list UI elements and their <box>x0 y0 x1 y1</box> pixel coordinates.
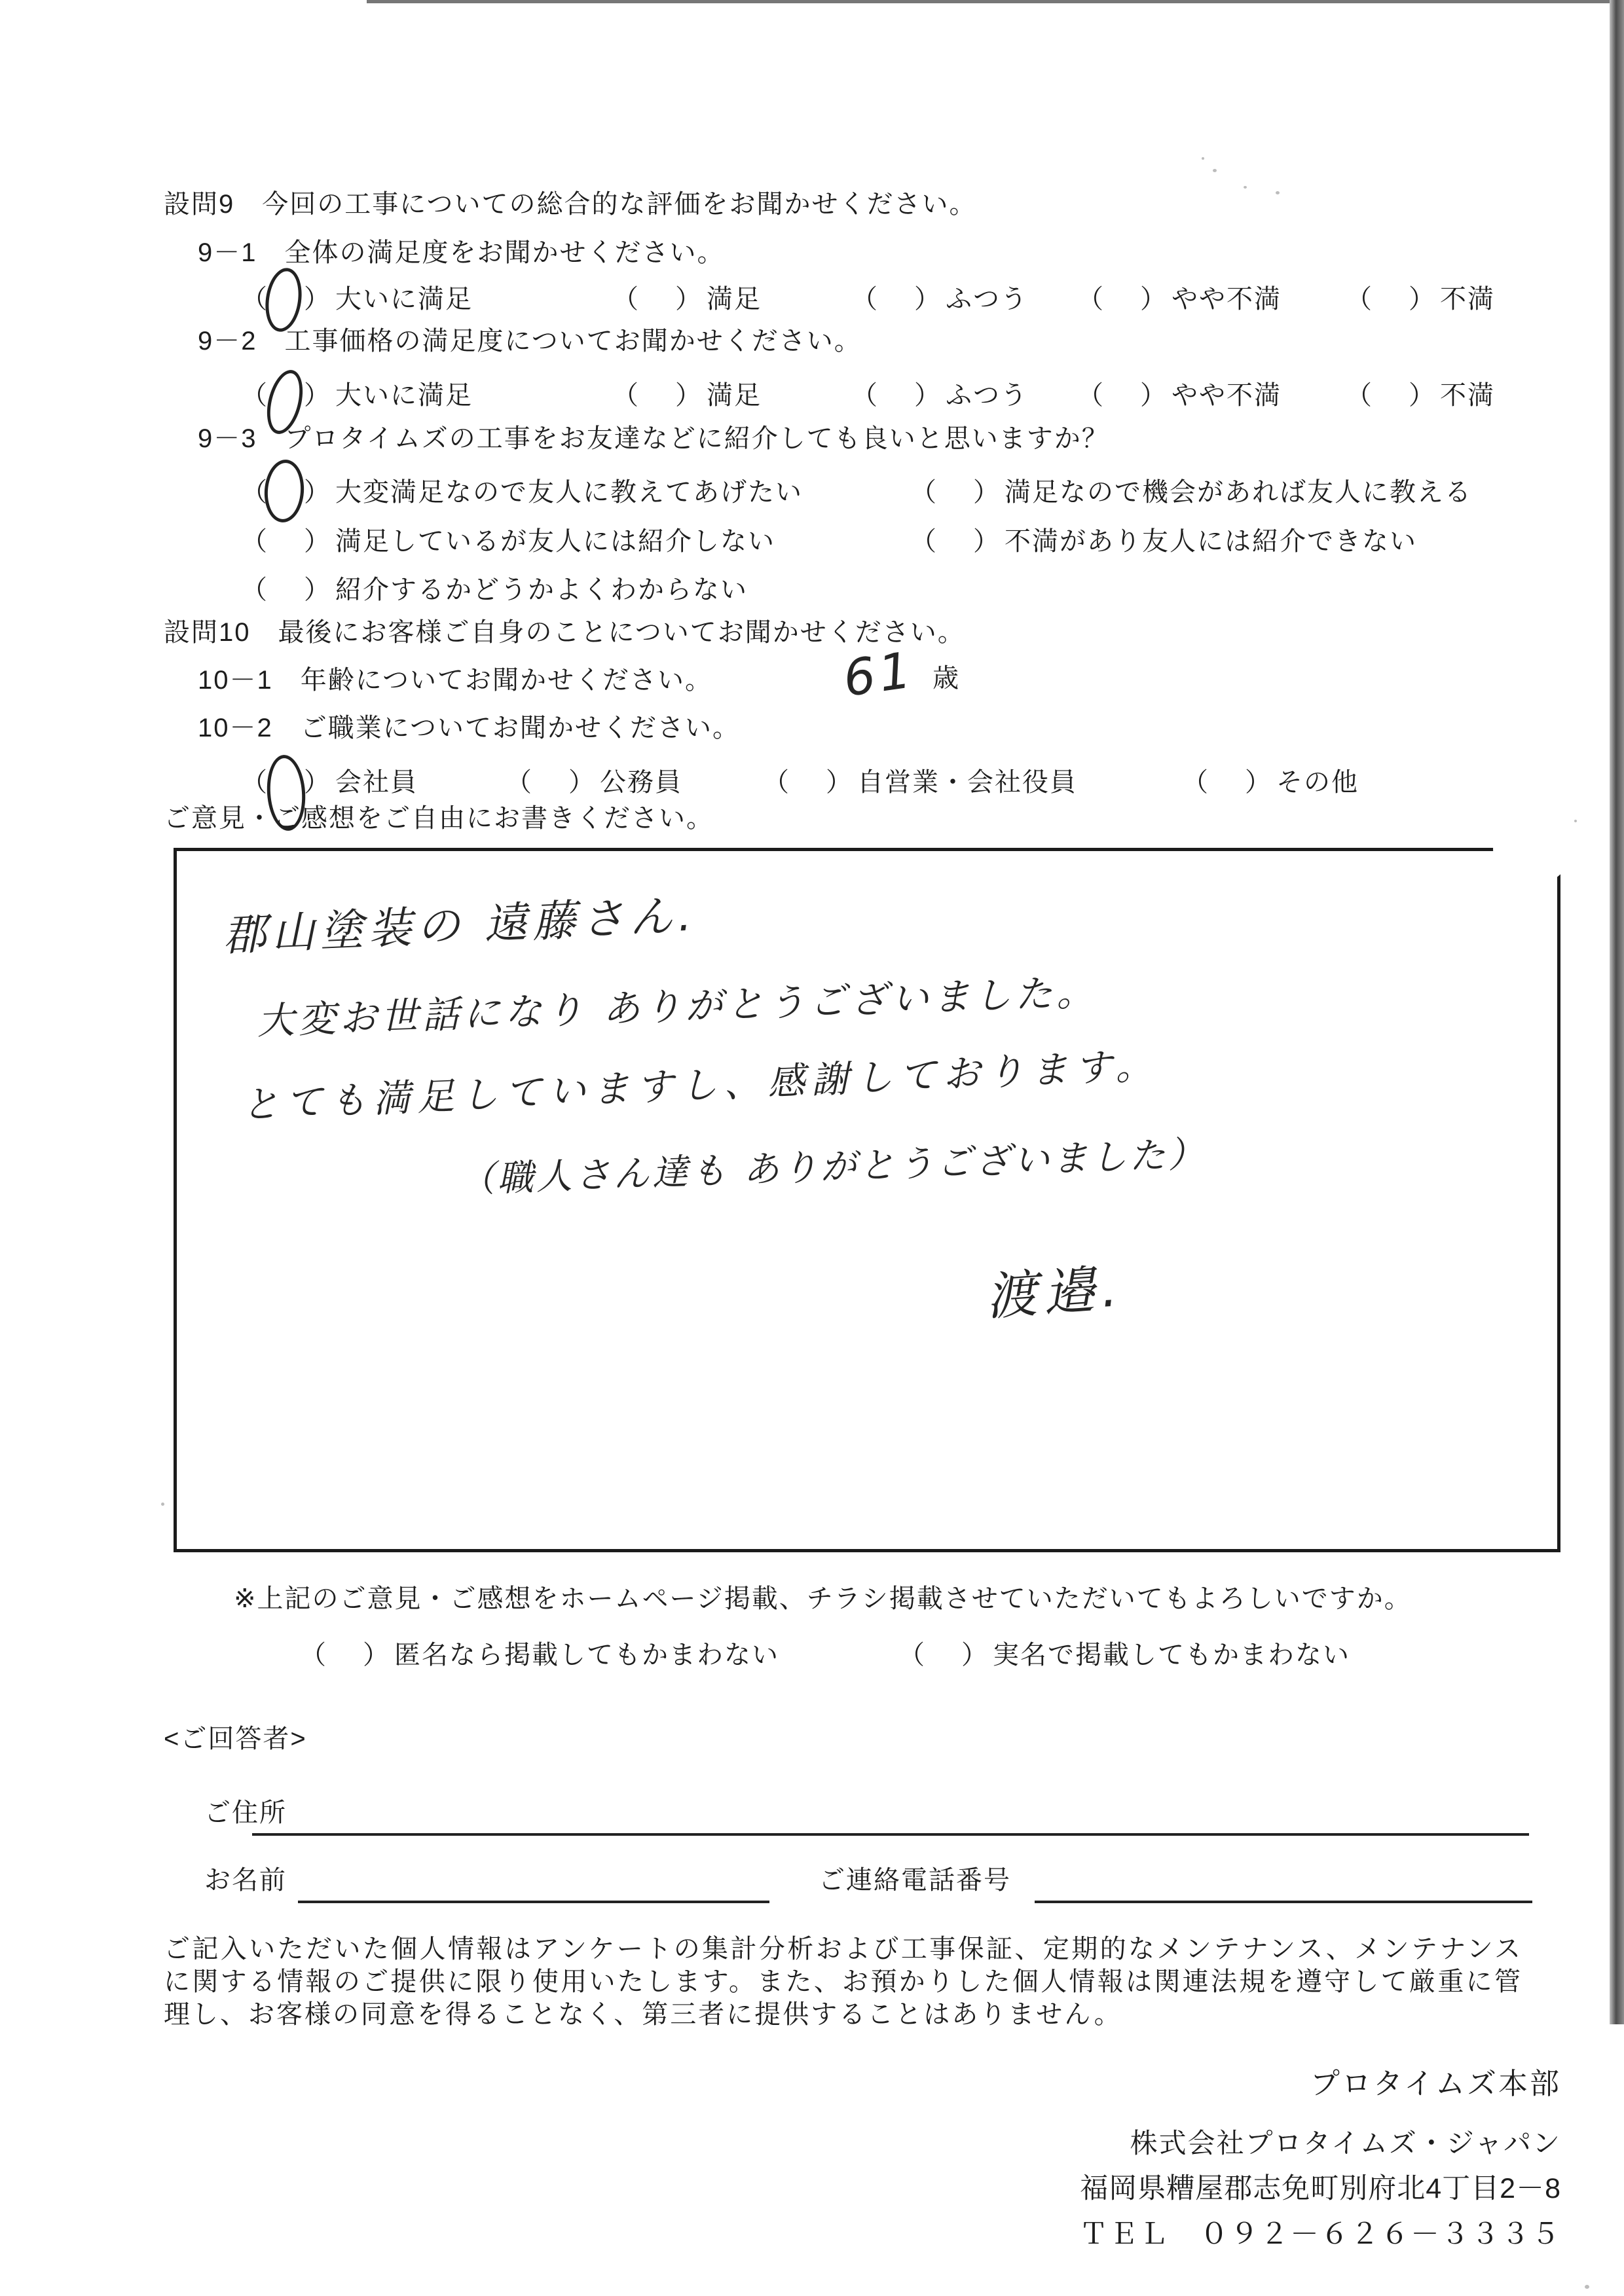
paren-open-glyph: （ <box>1182 761 1209 799</box>
question-9-3-heading: 9－3プロタイムズの工事をお友達などに紹介しても良いと思いますか？ <box>198 423 1109 454</box>
answer-slot <box>268 569 304 600</box>
handwritten-circle-mark <box>263 458 306 524</box>
paren-close-glyph: ） <box>973 471 1001 509</box>
question-10-1-heading: 10－1年齢についてお聞かせください。 <box>198 665 712 696</box>
question-10-2-number: 10－2 <box>198 712 273 744</box>
answer-slot <box>879 374 914 406</box>
option-label: 実名で掲載してもかまわない <box>993 1634 1350 1671</box>
q9-3-option-not-sure: （ ） 紹介するかどうかよくわからない <box>241 569 748 606</box>
question-10-2-title: ご職業についてお聞かせください。 <box>301 714 740 742</box>
paren-close-glyph: ） <box>304 761 331 799</box>
question-9-3-title: プロタイムズの工事をお友達などに紹介しても良いと思いますか？ <box>285 424 1109 453</box>
answer-slot <box>268 278 304 310</box>
answer-slot <box>938 520 973 552</box>
scan-speck <box>161 1503 164 1506</box>
question-9-number: 設問9 <box>164 189 234 220</box>
question-9-1-number: 9－1 <box>198 237 257 268</box>
respondent-heading: <ご回答者> <box>164 1723 307 1755</box>
question-9-1-title: 全体の満足度をお聞かせください。 <box>285 238 725 267</box>
q9-1-option-dissatisfied: （ ） 不満 <box>1346 278 1495 316</box>
q10-2-option-public-servant: （ ） 公務員 <box>506 761 682 799</box>
handwritten-age-value: 61 <box>840 640 918 708</box>
answer-slot <box>268 761 304 793</box>
publish-consent-note: ※上記のご意見・ご感想をホームページ掲載、チラシ掲載させていただいてもよろしいで… <box>234 1583 1412 1614</box>
option-label: 大いに満足 <box>335 278 473 316</box>
question-10-number: 設問10 <box>164 617 251 648</box>
publish-option-real-name: （ ） 実名で掲載してもかまわない <box>898 1634 1350 1671</box>
answer-slot <box>268 374 304 406</box>
phone-field-line <box>1035 1901 1532 1903</box>
answer-slot <box>1373 278 1409 310</box>
paren-open-glyph: （ <box>1346 278 1373 316</box>
answer-slot <box>327 1634 363 1666</box>
paren-close-glyph: ） <box>304 278 331 316</box>
answer-slot <box>1209 761 1245 793</box>
scan-speck <box>1585 2285 1589 2289</box>
q9-2-option-satisfied: （ ） 満足 <box>612 374 762 412</box>
paren-close-glyph: ） <box>568 761 596 799</box>
q9-2-option-slightly-dissatisfied: （ ） やや不満 <box>1077 374 1282 412</box>
question-10-1-title: 年齢についてお聞かせください。 <box>301 666 712 695</box>
paren-close-glyph: ） <box>304 374 331 412</box>
paren-open-glyph: （ <box>241 374 268 412</box>
paren-close-glyph: ） <box>1409 278 1436 316</box>
answer-slot <box>1105 374 1140 406</box>
paren-close-glyph: ） <box>826 761 853 799</box>
question-10-1-number: 10－1 <box>198 665 273 696</box>
question-9-1-heading: 9－1全体の満足度をお聞かせください。 <box>198 237 725 268</box>
paren-open-glyph: （ <box>1346 374 1373 412</box>
q9-2-option-very-satisfied: （ ） 大いに満足 <box>241 374 473 412</box>
question-10-title: 最後にお客様ご自身のことについてお聞かせください。 <box>278 618 965 647</box>
paren-open-glyph: （ <box>241 278 268 316</box>
q9-3-option-satisfied-no-referral: （ ） 満足しているが友人には紹介しない <box>241 520 775 558</box>
paren-close-glyph: ） <box>961 1634 989 1671</box>
q9-1-option-normal: （ ） ふつう <box>851 278 1028 316</box>
scanned-survey-page: 設問9今回の工事についての総合的な評価をお聞かせください。 9－1全体の満足度を… <box>0 0 1624 2296</box>
footer-phone: ＴＥＬ ０９２－６２６－３３３５ <box>1079 2210 1561 2252</box>
phone-label: ご連絡電話番号 <box>819 1865 1011 1896</box>
paren-close-glyph: ） <box>1245 761 1272 799</box>
paren-close-glyph: ） <box>363 1634 390 1671</box>
paren-close-glyph: ） <box>973 520 1001 558</box>
q9-1-option-slightly-dissatisfied: （ ） やや不満 <box>1077 278 1282 316</box>
paren-close-glyph: ） <box>1140 374 1168 412</box>
option-label: 満足しているが友人には紹介しない <box>335 520 775 558</box>
option-label: 満足 <box>707 278 762 316</box>
question-10-heading: 設問10最後にお客様ご自身のことについてお聞かせください。 <box>164 617 965 648</box>
option-label: 公務員 <box>600 761 682 799</box>
option-label: 大いに満足 <box>335 374 473 412</box>
handwritten-signature: 渡邉. <box>983 1247 1126 1330</box>
address-field-line <box>252 1833 1529 1836</box>
paren-open-glyph: （ <box>241 520 268 558</box>
name-label: お名前 <box>204 1865 287 1896</box>
scan-speck <box>1244 186 1247 189</box>
age-unit-label: 歳 <box>932 663 960 694</box>
scan-edge-right <box>1610 0 1624 2024</box>
paren-open-glyph: （ <box>506 761 533 799</box>
handwritten-circle-mark <box>261 266 305 335</box>
answer-slot <box>268 520 304 552</box>
publish-option-anonymous: （ ） 匿名なら掲載してもかまわない <box>300 1634 779 1671</box>
q10-2-option-company-employee: （ ） 会社員 <box>241 761 418 799</box>
footer-company-block: プロタイムズ本部 株式会社プロタイムズ・ジャパン 福岡県糟屋郡志免町別府北4丁目… <box>1079 2060 1561 2252</box>
paren-open-glyph: （ <box>1077 278 1105 316</box>
paren-open-glyph: （ <box>300 1634 327 1671</box>
paren-open-glyph: （ <box>241 569 268 606</box>
option-label: 不満 <box>1440 374 1495 412</box>
answer-slot <box>640 278 675 310</box>
address-label: ご住所 <box>204 1797 287 1829</box>
footer-org: プロタイムズ本部 <box>1310 2060 1561 2102</box>
option-label: やや不満 <box>1172 278 1282 316</box>
scan-speck <box>1276 191 1280 194</box>
paren-close-glyph: ） <box>1409 374 1436 412</box>
q10-2-option-self-employed: （ ） 自営業・会社役員 <box>763 761 1077 799</box>
paren-open-glyph: （ <box>898 1634 926 1671</box>
q9-3-option-dissatisfied-no-referral: （ ） 不満があり友人には紹介できない <box>910 520 1417 558</box>
option-label: ふつう <box>946 278 1028 316</box>
option-label: やや不満 <box>1172 374 1282 412</box>
comments-section-label: ご意見・ご感想をご自由にお書きください。 <box>164 803 714 834</box>
paren-open-glyph: （ <box>763 761 790 799</box>
paren-close-glyph: ） <box>914 374 942 412</box>
privacy-statement: ご記入いただいた個人情報はアンケートの集計分析および工事保証、定期的なメンテナン… <box>164 1933 1522 2031</box>
q9-1-option-satisfied: （ ） 満足 <box>612 278 762 316</box>
paren-open-glyph: （ <box>1077 374 1105 412</box>
option-label: 不満があり友人には紹介できない <box>1005 520 1417 558</box>
paren-close-glyph: ） <box>304 520 331 558</box>
answer-slot <box>938 471 973 503</box>
footer-company-name: 株式会社プロタイムズ・ジャパン <box>1130 2122 1561 2161</box>
paren-open-glyph: （ <box>851 278 879 316</box>
q10-2-option-other: （ ） その他 <box>1182 761 1359 799</box>
paren-open-glyph: （ <box>910 471 938 509</box>
name-field-line <box>298 1901 769 1903</box>
q9-2-option-dissatisfied: （ ） 不満 <box>1346 374 1495 412</box>
question-9-heading: 設問9今回の工事についての総合的な評価をお聞かせください。 <box>164 189 976 220</box>
q9-3-option-recommend-if-chance: （ ） 満足なので機会があれば友人に教える <box>910 471 1472 509</box>
option-label: 不満 <box>1440 278 1495 316</box>
option-label: 匿名なら掲載してもかまわない <box>394 1634 779 1671</box>
option-label: 満足なので機会があれば友人に教える <box>1005 471 1472 509</box>
footer-address: 福岡県糟屋郡志免町別府北4丁目2－8 <box>1080 2166 1561 2206</box>
question-9-3-number: 9－3 <box>198 423 257 454</box>
scan-speck <box>1213 169 1217 172</box>
answer-slot <box>879 278 914 310</box>
paren-open-glyph: （ <box>241 761 268 799</box>
option-label: 紹介するかどうかよくわからない <box>335 569 748 606</box>
q9-1-option-very-satisfied: （ ） 大いに満足 <box>241 278 473 316</box>
paren-close-glyph: ） <box>304 569 331 606</box>
paren-close-glyph: ） <box>914 278 942 316</box>
answer-slot <box>533 761 568 793</box>
paren-close-glyph: ） <box>1140 278 1168 316</box>
answer-slot <box>640 374 675 406</box>
answer-slot <box>926 1634 961 1666</box>
option-label: ふつう <box>946 374 1028 412</box>
paren-open-glyph: （ <box>612 374 640 412</box>
answer-slot <box>1373 374 1409 406</box>
scan-artifact-notch <box>1493 813 1572 885</box>
paren-open-glyph: （ <box>851 374 879 412</box>
question-10-2-heading: 10－2ご職業についてお聞かせください。 <box>198 712 740 744</box>
option-label: 大変満足なので友人に教えてあげたい <box>335 471 803 509</box>
option-label: 会社員 <box>335 761 418 799</box>
scan-edge-top <box>367 0 1624 3</box>
question-9-2-title: 工事価格の満足度についてお聞かせください。 <box>285 327 862 355</box>
option-label: 自営業・会社役員 <box>857 761 1077 799</box>
q9-3-option-recommend-actively: （ ） 大変満足なので友人に教えてあげたい <box>241 471 803 509</box>
paren-close-glyph: ） <box>304 471 331 509</box>
answer-slot <box>790 761 826 793</box>
paren-close-glyph: ） <box>675 278 703 316</box>
question-9-2-number: 9－2 <box>198 325 257 357</box>
scan-speck <box>1202 157 1204 160</box>
paren-close-glyph: ） <box>675 374 703 412</box>
answer-slot <box>268 471 304 503</box>
scan-speck <box>1574 820 1577 822</box>
paren-open-glyph: （ <box>910 520 938 558</box>
paren-open-glyph: （ <box>612 278 640 316</box>
option-label: その他 <box>1276 761 1359 799</box>
q9-2-option-normal: （ ） ふつう <box>851 374 1028 412</box>
question-9-2-heading: 9－2工事価格の満足度についてお聞かせください。 <box>198 325 862 357</box>
question-9-title: 今回の工事についての総合的な評価をお聞かせください。 <box>262 190 976 219</box>
option-label: 満足 <box>707 374 762 412</box>
answer-slot <box>1105 278 1140 310</box>
